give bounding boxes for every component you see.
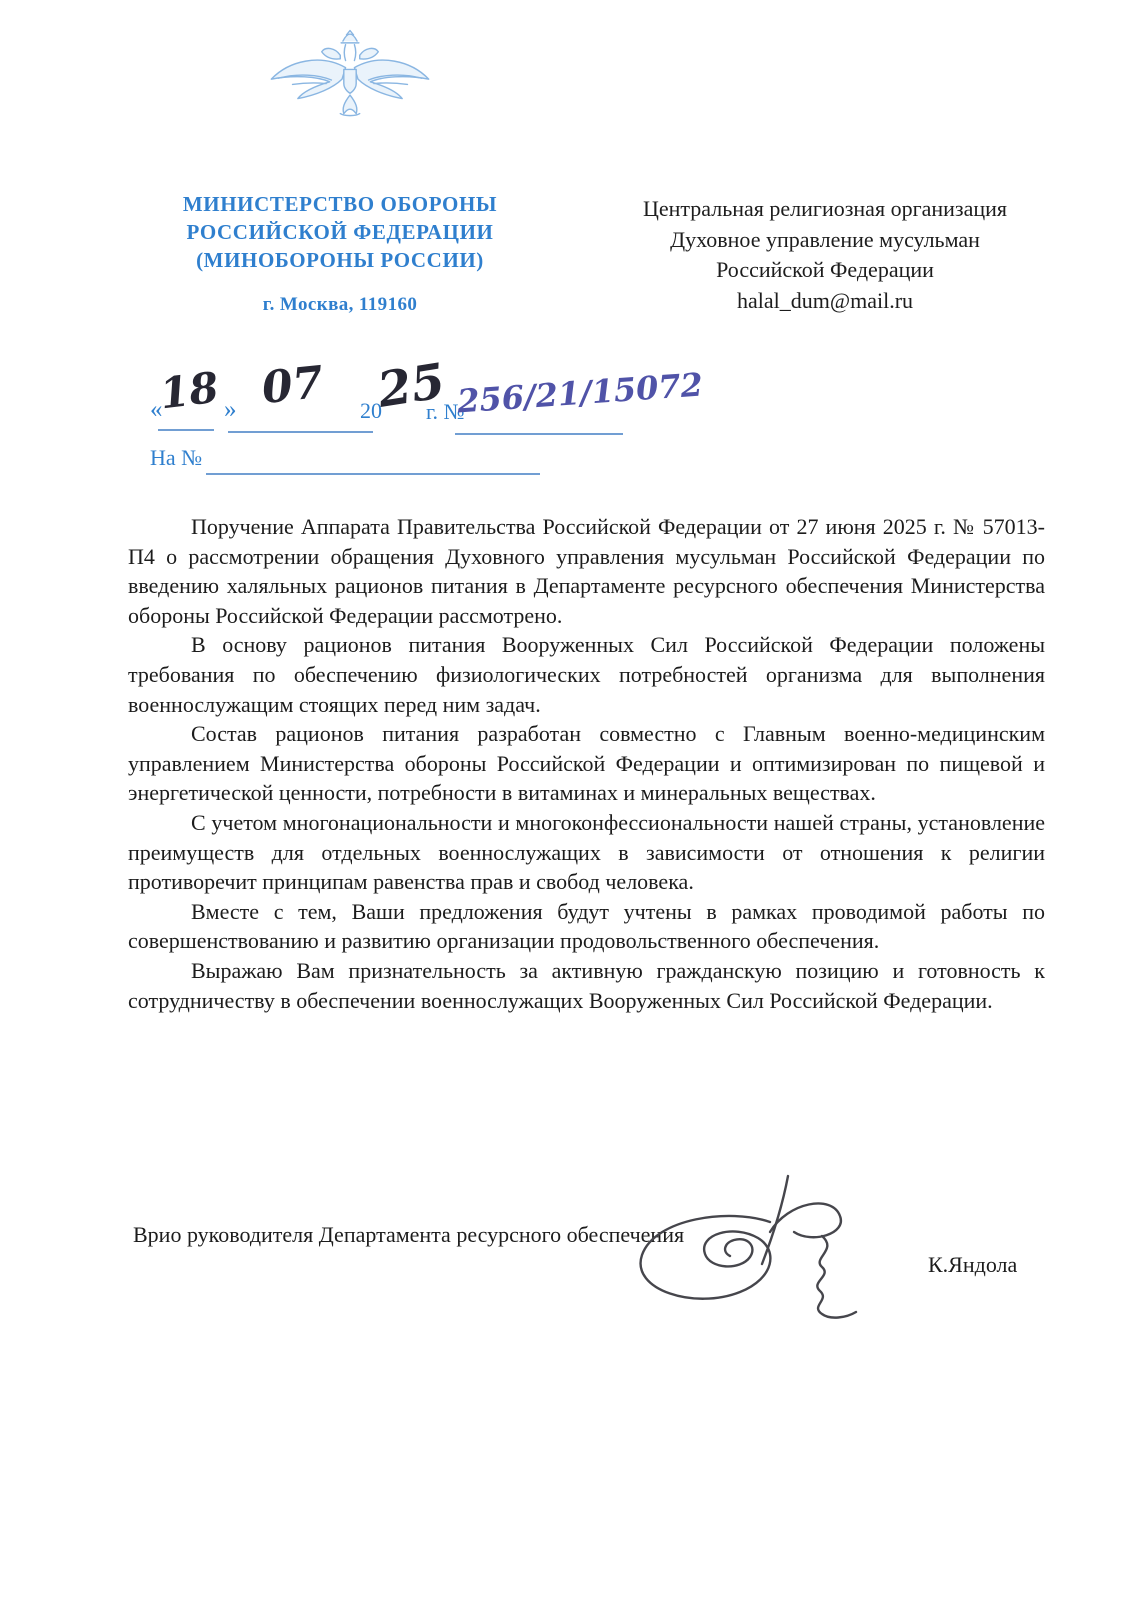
paragraph-6: Выражаю Вам признательность за активную … bbox=[128, 956, 1045, 1015]
year-printed-prefix: 20 bbox=[360, 398, 382, 424]
signer-name: К.Яндола bbox=[928, 1252, 1017, 1278]
handwritten-outgoing-number: 256/21/15072 bbox=[456, 365, 704, 420]
recipient-header: Центральная религиозная организация Духо… bbox=[583, 194, 1067, 316]
reply-reference-label: На № bbox=[150, 445, 202, 471]
sender-address: г. Москва, 119160 bbox=[138, 291, 542, 319]
day-underline bbox=[158, 429, 214, 431]
paragraph-5: Вместе с тем, Ваши предложения будут учт… bbox=[128, 897, 1045, 956]
recipient-line3: Российской Федерации bbox=[583, 255, 1067, 286]
handwritten-day: 18 bbox=[157, 363, 221, 419]
reply-reference-underline bbox=[206, 473, 540, 475]
scanned-letter-page: МИНИСТЕРСТВО ОБОРОНЫ РОССИЙСКОЙ ФЕДЕРАЦИ… bbox=[0, 0, 1140, 1600]
letter-body: Поручение Аппарата Правительства Российс… bbox=[128, 512, 1045, 1015]
recipient-email: halal_dum@mail.ru bbox=[583, 286, 1067, 317]
sender-header: МИНИСТЕРСТВО ОБОРОНЫ РОССИЙСКОЙ ФЕДЕРАЦИ… bbox=[138, 190, 542, 319]
recipient-line1: Центральная религиозная организация bbox=[583, 194, 1067, 225]
recipient-line2: Духовное управление мусульман bbox=[583, 225, 1067, 256]
handwritten-signature bbox=[610, 1170, 910, 1345]
paragraph-1: Поручение Аппарата Правительства Российс… bbox=[128, 512, 1045, 630]
paragraph-2: В основу рационов питания Вооруженных Си… bbox=[128, 630, 1045, 719]
handwritten-month: 07 bbox=[260, 357, 326, 414]
paragraph-3: Состав рационов питания разработан совме… bbox=[128, 719, 1045, 808]
paragraph-4: С учетом многонациональности и многоконф… bbox=[128, 808, 1045, 897]
signer-position-title: Врио руководителя Департамента ресурсног… bbox=[133, 1222, 684, 1248]
quote-close-mark: » bbox=[224, 396, 237, 424]
sender-org-line3: (МИНОБОРОНЫ РОССИИ) bbox=[138, 246, 542, 274]
month-underline bbox=[228, 431, 373, 433]
number-underline bbox=[455, 433, 623, 435]
ministry-emblem-icon bbox=[266, 24, 434, 144]
sender-org-line2: РОССИЙСКОЙ ФЕДЕРАЦИИ bbox=[138, 218, 542, 246]
sender-org-line1: МИНИСТЕРСТВО ОБОРОНЫ bbox=[138, 190, 542, 218]
